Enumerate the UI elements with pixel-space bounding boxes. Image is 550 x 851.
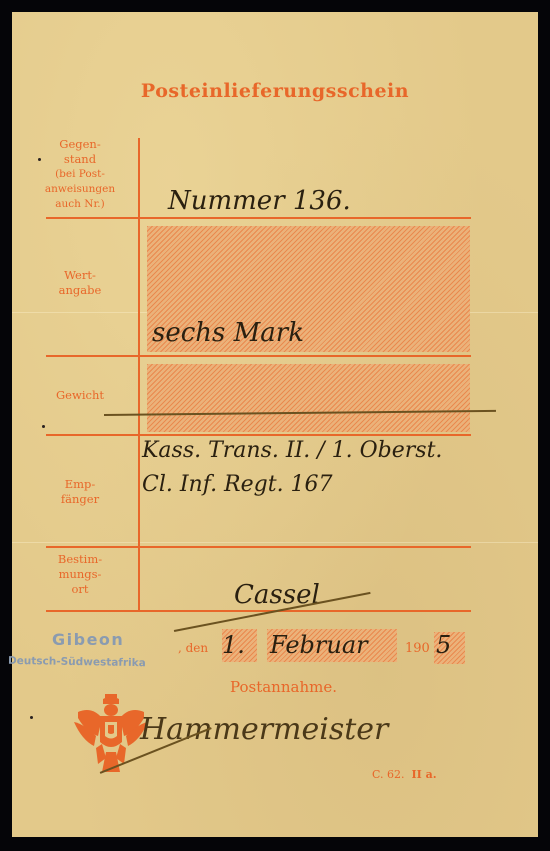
- row-divider: [46, 610, 471, 612]
- punch-hole: [30, 716, 33, 719]
- year-prefix: 190: [405, 641, 430, 656]
- handwritten-year: 5: [436, 631, 451, 659]
- label-empfaenger: Emp- fänger: [36, 477, 124, 507]
- handwritten-wertangabe: sechs Mark: [152, 318, 304, 348]
- acceptance-label: Postannahme.: [230, 678, 337, 696]
- imperial-eagle-icon: [72, 692, 150, 776]
- row-divider: [46, 217, 471, 219]
- row-divider: [46, 434, 471, 436]
- label-bestimmungsort: Bestim- mungs- ort: [36, 552, 124, 597]
- handwritten-day: 1.: [222, 631, 245, 659]
- paper-fold: [12, 542, 538, 543]
- date-prefix: , den: [178, 641, 208, 655]
- punch-hole: [42, 425, 45, 428]
- form-title: Posteinlieferungsschein: [0, 80, 550, 102]
- row-divider: [46, 546, 471, 548]
- label-wertangabe: Wert- angabe: [36, 268, 124, 298]
- column-divider: [138, 138, 140, 611]
- handwritten-month: Februar: [270, 631, 368, 659]
- form-code: C. 62. II a.: [372, 768, 437, 781]
- label-gegenstand: Gegen- stand (bei Post- anweisungen auch…: [36, 137, 124, 212]
- postmark-stamp-region: Deutsch-Südwestafrika: [8, 655, 146, 669]
- handwritten-empfaenger-line1: Kass. Trans. II. / 1. Oberst.: [142, 438, 442, 463]
- label-gewicht: Gewicht: [36, 388, 124, 403]
- handwritten-empfaenger-line2: Cl. Inf. Regt. 167: [142, 472, 333, 497]
- row-divider: [46, 355, 471, 357]
- handwritten-gegenstand: Nummer 136.: [168, 186, 351, 216]
- weight-box: [147, 364, 470, 432]
- postmark-stamp-town: Gibeon: [52, 630, 124, 649]
